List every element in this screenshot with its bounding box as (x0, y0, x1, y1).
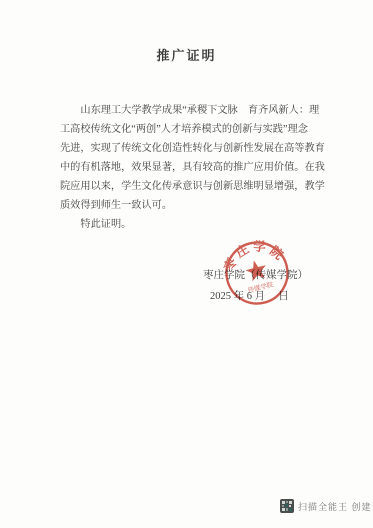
certificate-title: 推广证明 (0, 45, 373, 64)
watermark-label: 扫描全能王 创建 (298, 500, 372, 513)
scanned-certificate-page: 推广证明 山东理工大学教学成果“承稷下文脉 育齐风新人：理 工高校传统文化“两创… (0, 0, 373, 528)
body-line: 先进，实现了传统文化创造性转化与创新性发展在高等教育 (60, 139, 322, 158)
body-line: 山东理工大学教学成果“承稷下文脉 育齐风新人：理 (60, 101, 322, 120)
certificate-body: 山东理工大学教学成果“承稷下文脉 育齐风新人：理 工高校传统文化“两创”人才培养… (60, 101, 322, 234)
body-line: 院应用以来，学生文化传承意识与创新思维明显增强，教学 (60, 177, 322, 196)
closing-line: 特此证明。 (60, 215, 322, 234)
camscanner-icon (280, 499, 294, 513)
body-line: 工高校传统文化“两创”人才培养模式的创新与实践”理念 (60, 120, 322, 139)
seal-name-text: 传媒学院 (247, 279, 275, 294)
seal-star-icon (244, 258, 269, 282)
body-line: 中的有机落地，效果显著，具有较高的推广应用价值。在我 (60, 158, 322, 177)
body-line: 质效得到师生一致认可。 (60, 196, 322, 215)
camscanner-watermark: 扫描全能王 创建 (280, 499, 372, 513)
